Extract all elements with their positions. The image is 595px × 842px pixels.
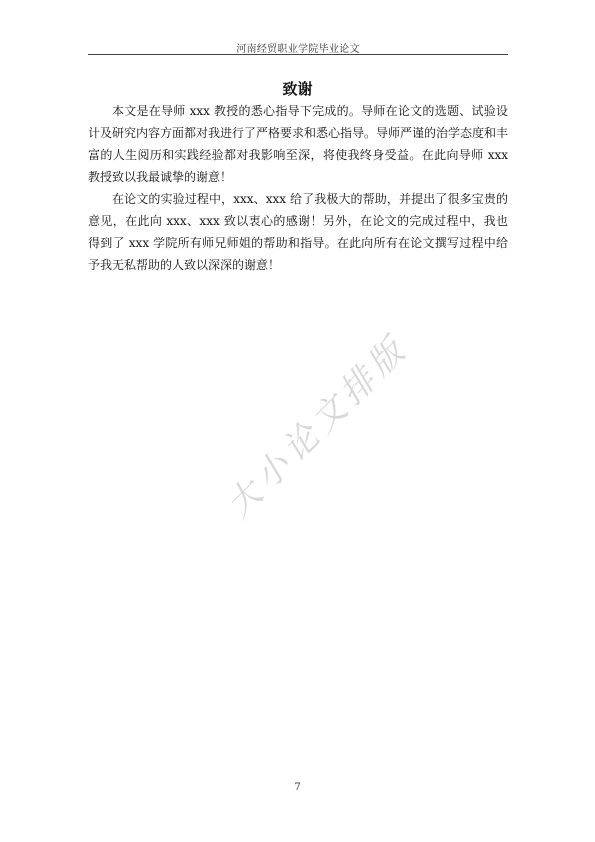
page-header: 河南经贸职业学院毕业论文 <box>88 40 508 55</box>
paragraph: 本文是在导师 xxx 教授的悉心指导下完成的。导师在论文的选题、试验设计及研究内… <box>88 100 508 188</box>
section-title: 致谢 <box>0 78 595 99</box>
header-divider <box>88 54 508 55</box>
page-number: 7 <box>0 782 595 793</box>
watermark: 大小论文排版 <box>213 322 417 526</box>
paragraph: 在论文的实验过程中，xxx、xxx 给了我极大的帮助，并提出了很多宝贵的意见，在… <box>88 188 508 276</box>
document-body: 本文是在导师 xxx 教授的悉心指导下完成的。导师在论文的选题、试验设计及研究内… <box>88 100 508 276</box>
